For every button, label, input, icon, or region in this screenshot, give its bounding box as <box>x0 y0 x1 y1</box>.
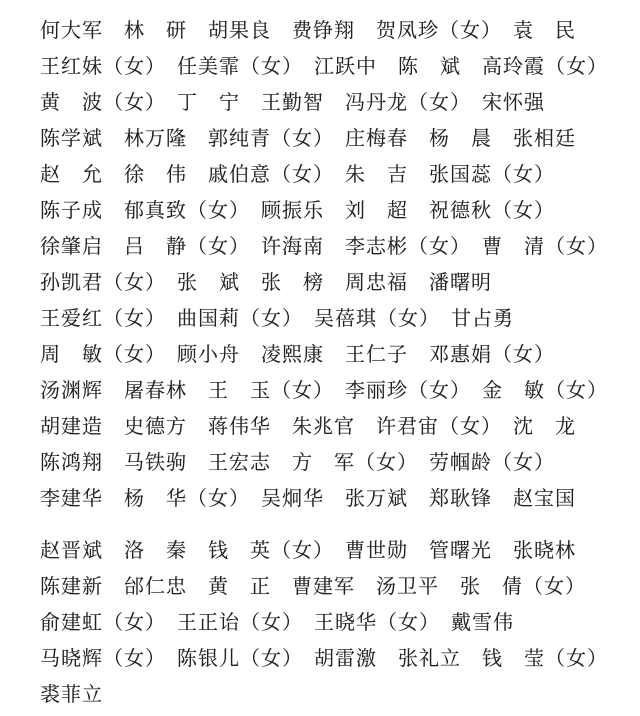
name-list-line: 王爱红（女） 曲国莉（女） 吴蓓琪（女） 甘占勇 <box>40 301 624 337</box>
name-list-line: 何大军 林 研 胡果良 费铮翔 贺凤珍（女） 袁 民 <box>40 13 624 49</box>
name-list-line: 陈学斌 林万隆 郭纯青（女） 庄梅春 杨 晨 张相廷 <box>40 121 624 157</box>
document-page: 何大军 林 研 胡果良 费铮翔 贺凤珍（女） 袁 民 王红妹（女） 任美霏（女）… <box>0 0 640 716</box>
name-list-line: 赵 允 徐 伟 戚伯意（女） 朱 吉 张国蕊（女） <box>40 157 624 193</box>
name-list-line: 李建华 杨 华（女） 吴炯华 张万斌 郑耿锋 赵宝国 <box>40 481 624 517</box>
name-list-line: 俞建虹（女） 王正诒（女） 王晓华（女） 戴雪伟 <box>40 605 624 641</box>
name-list-line: 周 敏（女） 顾小舟 凌熙康 王仁子 邓惠娟（女） <box>40 337 624 373</box>
name-list-line: 赵晋斌 洛 秦 钱 英（女） 曹世勋 管曙光 张晓林 <box>40 533 624 569</box>
name-list-block-1: 何大军 林 研 胡果良 费铮翔 贺凤珍（女） 袁 民 王红妹（女） 任美霏（女）… <box>40 13 624 517</box>
name-list-line: 马晓辉（女） 陈银儿（女） 胡雷激 张礼立 钱 莹（女） <box>40 641 624 677</box>
name-list-line: 陈鸿翔 马铁驹 王宏志 方 军（女） 劳帼龄（女） <box>40 445 624 481</box>
name-list-line: 陈子成 郁真致（女） 顾振乐 刘 超 祝德秋（女） <box>40 193 624 229</box>
name-list-line: 裘菲立 <box>40 677 624 713</box>
name-list-line: 胡建造 史德方 蒋伟华 朱兆官 许君宙（女） 沈 龙 <box>40 409 624 445</box>
name-list-line: 黄 波（女） 丁 宁 王勤智 冯丹龙（女） 宋怀强 <box>40 85 624 121</box>
name-list-line: 孙凯君（女） 张 斌 张 榜 周忠福 潘曙明 <box>40 265 624 301</box>
name-list-block-2: 赵晋斌 洛 秦 钱 英（女） 曹世勋 管曙光 张晓林 陈建新 邰仁忠 黄 正 曹… <box>40 533 624 713</box>
name-list-line: 陈建新 邰仁忠 黄 正 曹建军 汤卫平 张 倩（女） <box>40 569 624 605</box>
name-list-line: 徐肇启 吕 静（女） 许海南 李志彬（女） 曹 清（女） <box>40 229 624 265</box>
name-list-line: 汤渊辉 屠春林 王 玉（女） 李丽珍（女） 金 敏（女） <box>40 373 624 409</box>
name-list-line: 王红妹（女） 任美霏（女） 江跃中 陈 斌 高玲霞（女） <box>40 49 624 85</box>
